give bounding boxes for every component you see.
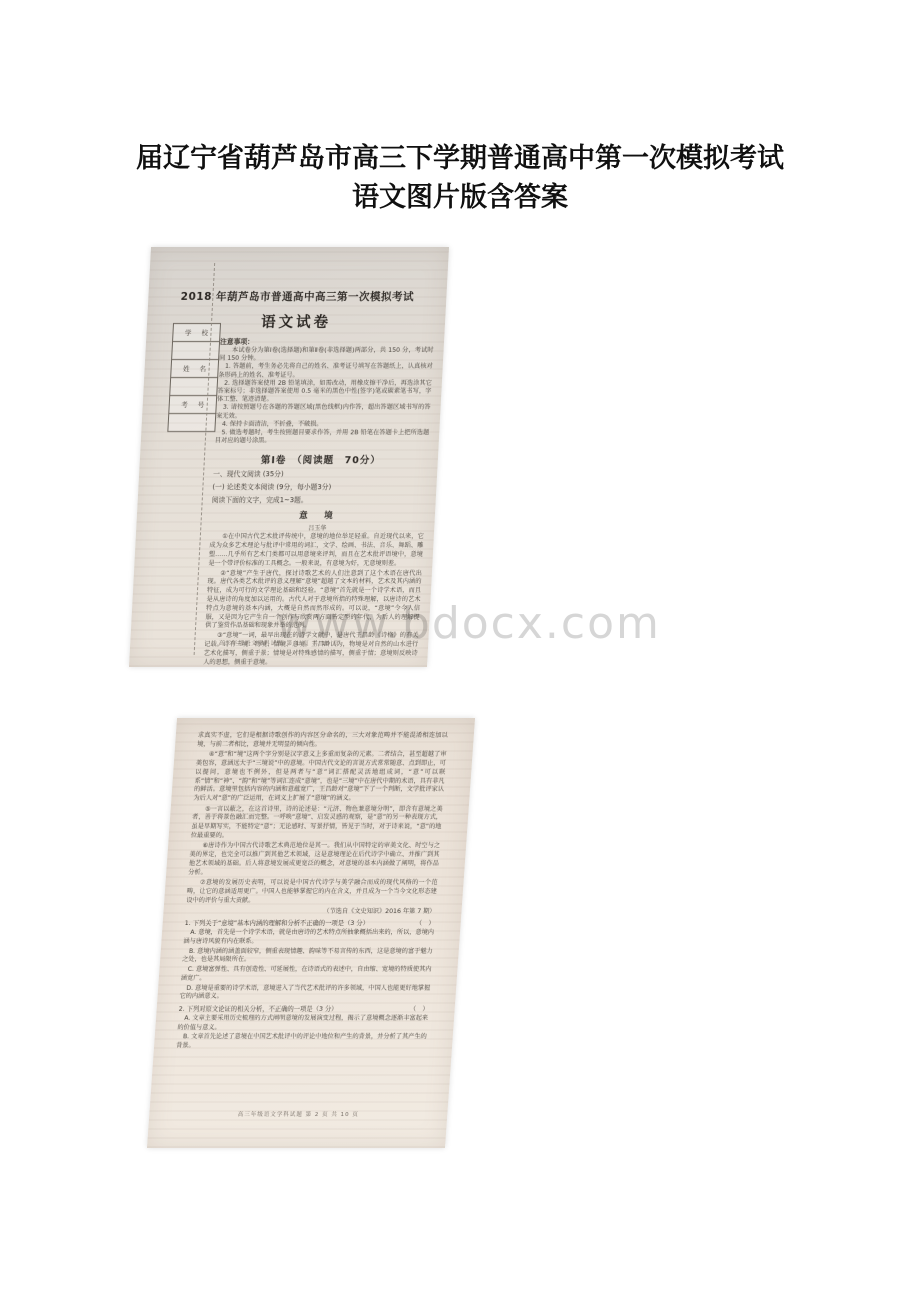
info-label-name: 姓 名: [171, 360, 218, 378]
read-instruction: 阅读下面的文字，完成1~3题。: [211, 496, 425, 505]
exam-scan-page2: 求真实不虚，它们是根据诗歌创作的内容区分命名的，三大对象范畴并不能混淆相连加以境…: [147, 718, 475, 1148]
exam-scan-page2-content: 求真实不虚，它们是根据诗歌创作的内容区分命名的，三大对象范畴并不能混淆相连加以境…: [147, 718, 475, 1148]
essay-source-line: （节选自《文史知识》2016 年第 7 期）: [185, 907, 436, 916]
info-blank-cell: [172, 342, 219, 360]
question-2-option-a: A. 文章主要采用历史梳理的方式阐明意境的发展演变过程，揭示了意境概念逐渐丰富起…: [177, 1015, 428, 1032]
answer-bracket: （ ）: [415, 919, 435, 928]
section-heading: 一、现代文阅读 (35分): [213, 470, 427, 479]
question-1-stem: 1. 下列关于“意境”基本内涵的理解和分析不正确的一项是（3 分）: [184, 919, 369, 928]
question-1-option-c: C. 意境富弹性、具有创造性、可延展性，在诗语式的表述中，自由缩、宽境的特质使其…: [180, 966, 431, 983]
notice-title: 注意事项：: [220, 338, 434, 347]
volume-heading: 第Ⅰ卷 （阅读题 70分）: [214, 452, 429, 466]
essay-paragraph: ⑥唐诗作为中国古代诗歌艺术典范地位是其一。我们从中国特定的审美文化、时空与之美的…: [188, 842, 440, 877]
page-title: 届辽宁省葫芦岛市高三下学期普通高中第一次模拟考试 语文图片版含答案: [0, 139, 920, 217]
bdocx-watermark: www.bdocx.com: [276, 598, 661, 649]
exam-page2-text-column: 求真实不虚，它们是根据诗歌创作的内容区分命名的，三大对象范畴并不能混淆相连加以境…: [154, 718, 475, 1051]
page-title-line2: 语文图片版含答案: [0, 178, 920, 217]
notice-line: 本试卷分为第Ⅰ卷(选择题)和第Ⅱ卷(非选择题)两部分，共 150 分，考试时间 …: [219, 347, 434, 363]
essay-title: 意 境: [211, 509, 426, 521]
essay-paragraph-continuation: 求真实不虚，它们是根据诗歌创作的内容区分命名的，三大对象范畴并不能混淆相连加以境…: [197, 732, 448, 749]
answer-bracket: （ ）: [409, 1005, 429, 1014]
essay-author: 吕玉华: [210, 523, 424, 532]
essay-paragraph: ⑦意境的发展历史表明，可以说是中国古代诗学与美学融合而成的现代风格的一个范畴，让…: [186, 879, 438, 905]
info-label-number: 考 号: [169, 396, 216, 414]
essay-paragraph: ④“意”和“境”这两个字分别是汉字意义上多重而复杂的元素。二者结合，甚至超越了审…: [193, 751, 447, 803]
question-1-option-b: B. 意境内涵的涵盖面较窄，侧重表现情趣、韵味等不易言传的东西，这是意境的富于魅…: [182, 948, 433, 965]
notice-line: 1. 答题前，考生务必先将自己的姓名、准考证号填写在答题纸上，认真核对条形码上的…: [218, 363, 433, 379]
student-info-table: 学 校 姓 名 考 号: [167, 323, 221, 432]
info-blank-cell: [168, 414, 215, 431]
essay-paragraph: ①在中国古代艺术批评传统中，意境的地位举足轻重。自近现代以来，它成为众多艺术理论…: [208, 533, 424, 568]
info-label-school: 学 校: [173, 324, 220, 342]
info-blank-cell: [170, 378, 217, 396]
question-2-stem-row: 2. 下列对原文论证的相关分析，不正确的一项是（3 分） （ ）: [178, 1005, 429, 1014]
question-2-stem: 2. 下列对原文论证的相关分析，不正确的一项是（3 分）: [178, 1005, 337, 1014]
subsection-heading: (一) 论述类文本阅读 (9分，每小题3分): [212, 483, 426, 492]
question-1-option-d: D. 意境是重要的诗学术语，意境进入了当代艺术批评的许多领域，中国人也能更好地掌…: [179, 985, 430, 1002]
notice-line: 3. 请按照题号在各题的答题区域(黑色线框)内作答，超出答题区域书写的答案无效。: [216, 404, 431, 420]
question-1-stem-row: 1. 下列关于“意境”基本内涵的理解和分析不正确的一项是（3 分） （ ）: [184, 919, 435, 928]
notice-line: 4. 保持卡面清洁，不折叠，不破损。: [215, 421, 429, 429]
question-2-option-b: B. 文章首先论述了意境在中国艺术批评中的评论中地位和产生的背景，并分析了其产生…: [176, 1033, 427, 1050]
notice-line: 5. 做选考题时，考生按照题目要求作答，并用 2B 铅笔在答题卡上把所选题目对应…: [215, 429, 430, 445]
page-title-line1: 届辽宁省葫芦岛市高三下学期普通高中第一次模拟考试: [0, 139, 920, 178]
question-1-option-a: A. 意境，首先是一个诗学术语，就是由唐诗的艺术特点所抽象概括出来的，所以，意境…: [183, 929, 434, 946]
exam-header: 2018 年葫芦岛市普通高中高三第一次模拟考试: [148, 247, 449, 304]
notice-line: 2. 选择题答案使用 2B 铅笔填涂，如需改动，用橡皮擦干净后，再选涂其它答案标…: [217, 380, 432, 405]
page2-footer: 高三年级语文学科试题 第 2 页 共 10 页: [149, 1110, 448, 1118]
essay-paragraph: ⑤一言以蔽之，在这首诗里，诗的论述是：“元济、物色兼意境分明”，即含有意境之美者…: [190, 806, 442, 841]
